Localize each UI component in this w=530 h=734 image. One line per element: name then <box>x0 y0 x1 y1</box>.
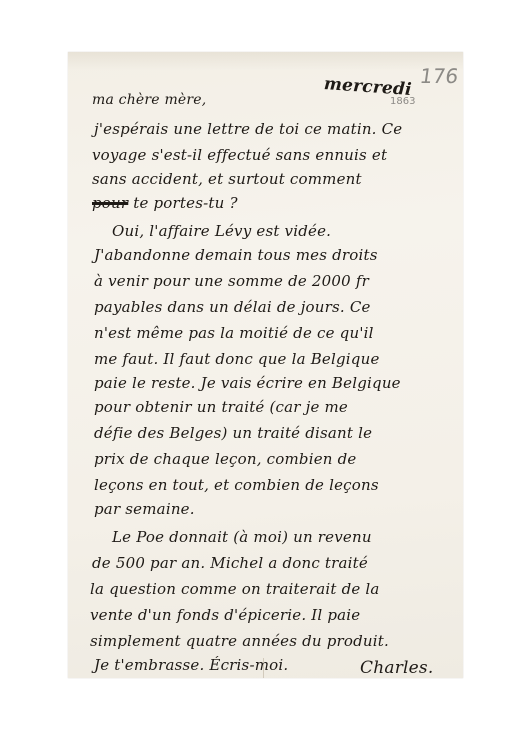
folio-number: 176 <box>418 64 460 88</box>
letter-line: par semaine. <box>94 500 195 518</box>
letter-line: Je t'embrasse. Écris-moi. <box>94 656 288 674</box>
letter-line: leçons en tout, et combien de leçons <box>94 476 379 494</box>
letter-line-text: te portes-tu ? <box>133 194 237 212</box>
letter-line: me faut. Il faut donc que la Belgique <box>94 350 380 368</box>
letter-page: 176 1863 mercredi ma chère mère, j'espér… <box>68 52 463 678</box>
letter-line: J'abandonne demain tous mes droits <box>94 246 378 264</box>
letter-line: n'est même pas la moitié de ce qu'il <box>94 324 374 342</box>
letter-line: paie le reste. Je vais écrire en Belgiqu… <box>94 374 401 392</box>
letter-line: simplement quatre années du produit. <box>90 632 389 650</box>
letter-line: Le Poe donnait (à moi) un revenu <box>112 528 372 546</box>
letter-line: j'espérais une lettre de toi ce matin. C… <box>94 120 402 138</box>
letter-line: Oui, l'affaire Lévy est vidée. <box>112 222 331 240</box>
salutation: ma chère mère, <box>92 92 206 108</box>
signature: Charles. <box>360 658 433 678</box>
letter-line: prix de chaque leçon, combien de <box>94 450 357 468</box>
dateline: mercredi <box>323 74 412 100</box>
letter-line: la question comme on traiterait de la <box>90 580 380 598</box>
letter-line: payables dans un délai de jours. Ce <box>94 298 371 316</box>
letter-line: de 500 par an. Michel a donc traité <box>92 554 368 572</box>
letter-line: à venir pour une somme de 2000 fr <box>94 272 369 290</box>
struck-word: pour <box>92 194 128 212</box>
letter-line: pour obtenir un traité (car je me <box>94 398 348 416</box>
letter-line: vente d'un fonds d'épicerie. Il paie <box>90 606 360 624</box>
letter-line: sans accident, et surtout comment <box>92 170 362 188</box>
letter-line: voyage s'est-il effectué sans ennuis et <box>92 146 387 164</box>
letter-line: défie des Belges) un traité disant le <box>94 424 372 442</box>
letter-line: pour te portes-tu ? <box>92 194 238 212</box>
paper-crease <box>68 52 463 70</box>
